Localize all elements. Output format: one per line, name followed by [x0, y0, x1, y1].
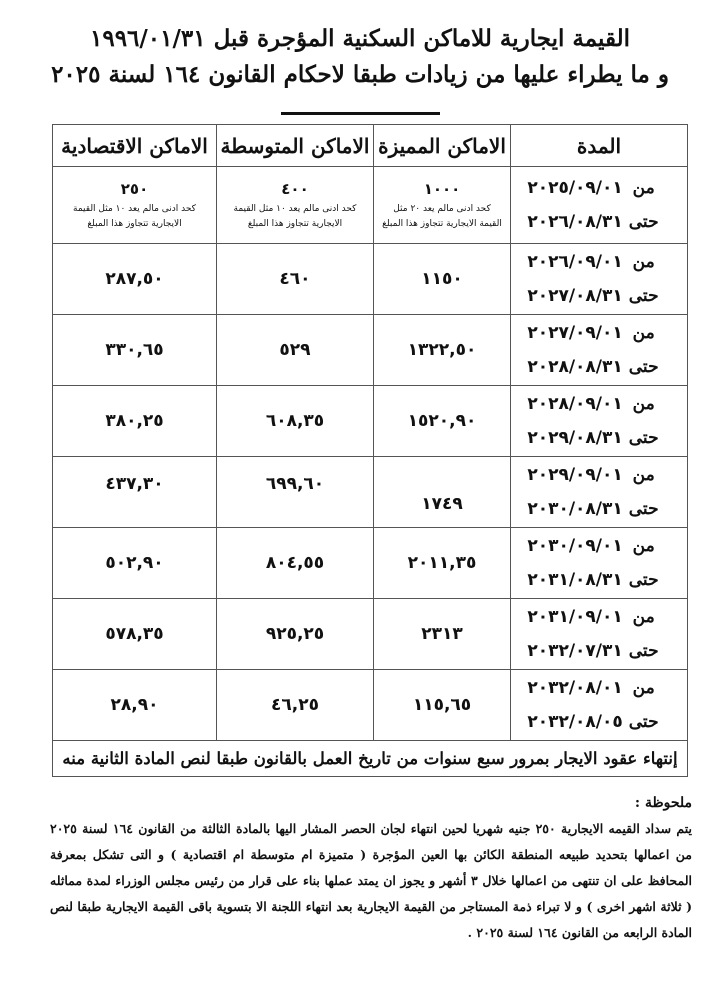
medium-cell: ٦٠٨,٣٥: [217, 386, 374, 457]
economic-cell: ٢٥٠ كحد ادنى مالم يعد ١٠ مثل القيمة الاي…: [53, 167, 217, 244]
economic-note-line-2: الايجارية تتجاوز هذا المبلغ: [53, 217, 216, 232]
to-label: حتى: [629, 492, 659, 526]
premium-note-line-2: القيمة الايجارية تتجاوز هذا المبلغ: [374, 217, 510, 232]
from-date: ٢٠٢٥/٠٩/٠١: [527, 171, 622, 205]
table-footer-row: إنتهاء عقود الايجار بمرور سبع سنوات من ت…: [53, 741, 688, 777]
medium-value: ٩٢٥,٢٥: [266, 624, 324, 644]
premium-value: ١٣٢٢,٥٠: [408, 340, 477, 360]
table-row: من ٢٠٣٢/٠٨/٠١ حتى ٢٠٣٢/٠٨/٠٥ ١١٥,٦٥ ٤٦,٢…: [53, 670, 688, 741]
economic-value: ٣٨٠,٢٥: [105, 411, 163, 431]
document-title-line-2: و ما يطراء عليها من زيادات طبقا لاحكام ا…: [0, 60, 720, 90]
from-label: من: [629, 600, 659, 634]
notes-heading: ملحوظة :: [50, 790, 692, 816]
table-row: من ٢٠٣٠/٠٩/٠١ حتى ٢٠٣١/٠٨/٣١ ٢٠١١,٣٥ ٨٠٤…: [53, 528, 688, 599]
economic-value: ٣٣٠,٦٥: [105, 340, 163, 360]
economic-value: ٥٠٢,٩٠: [105, 553, 163, 573]
table-row: من ٢٠٢٥/٠٩/٠١ حتى ٢٠٢٦/٠٨/٣١ ١٠٠٠ كحد اد…: [53, 167, 688, 244]
from-label: من: [629, 529, 659, 563]
to-date: ٢٠٢٩/٠٨/٣١: [527, 421, 622, 455]
medium-cell: ٥٢٩: [217, 315, 374, 386]
to-label: حتى: [629, 421, 659, 455]
header-premium: الاماكن المميزة: [374, 125, 511, 167]
to-label: حتى: [629, 563, 659, 597]
economic-cell: ٣٨٠,٢٥: [53, 386, 217, 457]
table-row: من ٢٠٢٨/٠٩/٠١ حتى ٢٠٢٩/٠٨/٣١ ١٥٢٠,٩٠ ٦٠٨…: [53, 386, 688, 457]
to-date: ٢٠٣٢/٠٨/٠٥: [527, 705, 622, 739]
table-row: من ٢٠٢٧/٠٩/٠١ حتى ٢٠٢٨/٠٨/٣١ ١٣٢٢,٥٠ ٥٢٩…: [53, 315, 688, 386]
from-label: من: [629, 171, 659, 205]
to-label: حتى: [629, 634, 659, 668]
to-date: ٢٠٣٠/٠٨/٣١: [527, 492, 622, 526]
to-label: حتى: [629, 705, 659, 739]
from-label: من: [629, 671, 659, 705]
medium-cell: ٤٦٠: [217, 244, 374, 315]
premium-cell: ٢٣١٣: [374, 599, 511, 670]
to-date: ٢٠٢٧/٠٨/٣١: [527, 279, 622, 313]
medium-value: ٤٠٠: [217, 180, 373, 198]
premium-value: ٢٠١١,٣٥: [408, 553, 477, 573]
premium-cell: ١١٥,٦٥: [374, 670, 511, 741]
to-label: حتى: [629, 279, 659, 313]
period-cell: من ٢٠٣٢/٠٨/٠١ حتى ٢٠٣٢/٠٨/٠٥: [511, 670, 688, 741]
medium-value: ٤٦٠: [279, 269, 310, 289]
from-label: من: [629, 245, 659, 279]
medium-cell: ٦٩٩,٦٠: [217, 457, 374, 528]
economic-cell: ٢٨,٩٠: [53, 670, 217, 741]
premium-value: ١١٥٠: [421, 269, 463, 289]
medium-note-line-2: الايجارية تتجاوز هذا المبلغ: [217, 217, 373, 232]
medium-value: ٦٠٨,٣٥: [266, 411, 324, 431]
from-date: ٢٠٣٢/٠٨/٠١: [527, 671, 622, 705]
from-label: من: [629, 458, 659, 492]
rent-table: المدة الاماكن المميزة الاماكن المتوسطة ا…: [52, 124, 688, 777]
from-date: ٢٠٣٠/٠٩/٠١: [527, 529, 622, 563]
premium-value: ١٥٢٠,٩٠: [408, 411, 477, 431]
period-cell: من ٢٠٣١/٠٩/٠١ حتى ٢٠٣٢/٠٧/٣١: [511, 599, 688, 670]
economic-value: ٢٥٠: [53, 180, 216, 198]
from-date: ٢٠٢٨/٠٩/٠١: [527, 387, 622, 421]
premium-cell: ١٠٠٠ كحد ادنى مالم يعد ٢٠ مثل القيمة الا…: [374, 167, 511, 244]
header-medium: الاماكن المتوسطة: [217, 125, 374, 167]
document-title-line-1: القيمة ايجارية للاماكن السكنية المؤجرة ق…: [0, 24, 720, 54]
notes-section: ملحوظة : يتم سداد القيمه الايجارية ٢٥٠ ج…: [50, 790, 692, 946]
premium-value: ١٧٤٩: [421, 494, 463, 514]
table-row: من ٢٠٢٦/٠٩/٠١ حتى ٢٠٢٧/٠٨/٣١ ١١٥٠ ٤٦٠ ٢٨…: [53, 244, 688, 315]
medium-value: ٦٩٩,٦٠: [266, 474, 324, 494]
medium-value: ٨٠٤,٥٥: [266, 553, 324, 573]
to-date: ٢٠٣٢/٠٧/٣١: [527, 634, 622, 668]
medium-cell: ٤٠٠ كحد ادنى مالم يعد ١٠ مثل القيمة الاي…: [217, 167, 374, 244]
medium-cell: ٨٠٤,٥٥: [217, 528, 374, 599]
medium-cell: ٩٢٥,٢٥: [217, 599, 374, 670]
header-economic: الاماكن الاقتصادية: [53, 125, 217, 167]
premium-cell: ١٧٤٩: [374, 457, 511, 528]
premium-value: ٢٣١٣: [421, 624, 463, 644]
from-date: ٢٠٢٩/٠٩/٠١: [527, 458, 622, 492]
period-cell: من ٢٠٢٥/٠٩/٠١ حتى ٢٠٢٦/٠٨/٣١: [511, 167, 688, 244]
from-date: ٢٠٣١/٠٩/٠١: [527, 600, 622, 634]
premium-value: ١٠٠٠: [374, 180, 510, 198]
premium-cell: ٢٠١١,٣٥: [374, 528, 511, 599]
medium-value: ٤٦,٢٥: [271, 695, 319, 715]
premium-cell: ١٥٢٠,٩٠: [374, 386, 511, 457]
medium-cell: ٤٦,٢٥: [217, 670, 374, 741]
lease-termination-note: إنتهاء عقود الايجار بمرور سبع سنوات من ت…: [53, 741, 688, 777]
economic-value: ٤٣٧,٣٠: [105, 474, 163, 494]
economic-cell: ٤٣٧,٣٠: [53, 457, 217, 528]
table-header-row: المدة الاماكن المميزة الاماكن المتوسطة ا…: [53, 125, 688, 167]
to-date: ٢٠٢٦/٠٨/٣١: [527, 205, 622, 239]
economic-cell: ٢٨٧,٥٠: [53, 244, 217, 315]
medium-value: ٥٢٩: [279, 340, 310, 360]
to-date: ٢٠٢٨/٠٨/٣١: [527, 350, 622, 384]
economic-cell: ٣٣٠,٦٥: [53, 315, 217, 386]
from-date: ٢٠٢٧/٠٩/٠١: [527, 316, 622, 350]
period-cell: من ٢٠٣٠/٠٩/٠١ حتى ٢٠٣١/٠٨/٣١: [511, 528, 688, 599]
premium-cell: ١٣٢٢,٥٠: [374, 315, 511, 386]
economic-note-line-1: كحد ادنى مالم يعد ١٠ مثل القيمة: [53, 202, 216, 217]
period-cell: من ٢٠٢٧/٠٩/٠١ حتى ٢٠٢٨/٠٨/٣١: [511, 315, 688, 386]
period-cell: من ٢٠٢٦/٠٩/٠١ حتى ٢٠٢٧/٠٨/٣١: [511, 244, 688, 315]
economic-cell: ٥٧٨,٣٥: [53, 599, 217, 670]
from-date: ٢٠٢٦/٠٩/٠١: [527, 245, 622, 279]
to-label: حتى: [629, 350, 659, 384]
period-cell: من ٢٠٢٨/٠٩/٠١ حتى ٢٠٢٩/٠٨/٣١: [511, 386, 688, 457]
from-label: من: [629, 387, 659, 421]
economic-value: ٢٨٧,٥٠: [105, 269, 163, 289]
period-cell: من ٢٠٢٩/٠٩/٠١ حتى ٢٠٣٠/٠٨/٣١: [511, 457, 688, 528]
economic-value: ٢٨,٩٠: [111, 695, 159, 715]
medium-note-line-1: كحد ادنى مالم يعد ١٠ مثل القيمة: [217, 202, 373, 217]
header-period: المدة: [511, 125, 688, 167]
economic-cell: ٥٠٢,٩٠: [53, 528, 217, 599]
table-row: من ٢٠٢٩/٠٩/٠١ حتى ٢٠٣٠/٠٨/٣١ ١٧٤٩ ٦٩٩,٦٠…: [53, 457, 688, 528]
economic-value: ٥٧٨,٣٥: [105, 624, 163, 644]
premium-value: ١١٥,٦٥: [413, 695, 471, 715]
notes-body: يتم سداد القيمه الايجارية ٢٥٠ جنيه شهريا…: [50, 816, 692, 946]
table-row: من ٢٠٣١/٠٩/٠١ حتى ٢٠٣٢/٠٧/٣١ ٢٣١٣ ٩٢٥,٢٥…: [53, 599, 688, 670]
premium-cell: ١١٥٠: [374, 244, 511, 315]
to-label: حتى: [629, 205, 659, 239]
premium-note-line-1: كحد ادنى مالم يعد ٢٠ مثل: [374, 202, 510, 217]
title-underline: [281, 112, 440, 115]
to-date: ٢٠٣١/٠٨/٣١: [527, 563, 622, 597]
from-label: من: [629, 316, 659, 350]
